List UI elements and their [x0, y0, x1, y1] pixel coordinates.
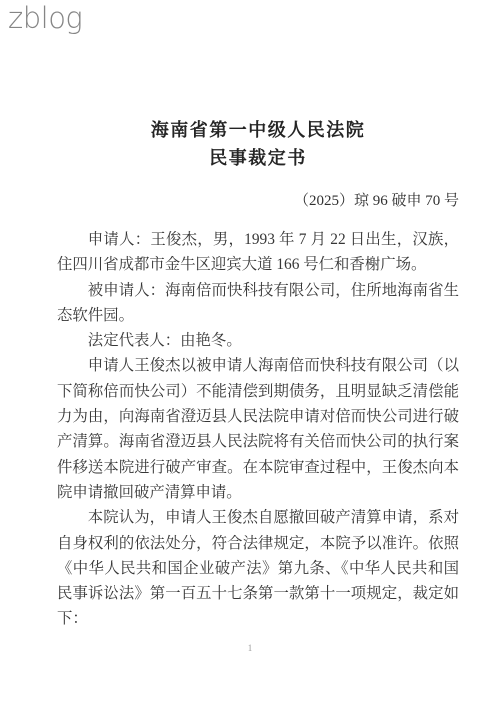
site-header: zblog [8, 3, 82, 35]
paragraph-applicant: 申请人：王俊杰，男，1993 年 7 月 22 日出生，汉族，住四川省成都市金牛… [57, 227, 459, 278]
document-body: 申请人：王俊杰，男，1993 年 7 月 22 日出生，汉族，住四川省成都市金牛… [57, 227, 459, 632]
paragraph-court-opinion: 本院认为，申请人王俊杰自愿撤回破产清算申请，系对自身权利的依法处分，符合法律规定… [57, 505, 459, 631]
page-number: 1 [0, 643, 500, 653]
page: { "site": { "logo_text": "zblog" }, "doc… [0, 0, 500, 707]
page-footer: 1 [0, 643, 500, 653]
document-type-title: 民事裁定书 [57, 144, 459, 172]
paragraph-case-background: 申请人王俊杰以被申请人海南倍而快科技有限公司（以下简称倍而快公司）不能清偿到期债… [57, 353, 459, 505]
paragraph-legal-representative: 法定代表人：由艳冬。 [57, 328, 459, 353]
paragraph-respondent: 被申请人：海南倍而快科技有限公司，住所地海南省生态软件园。 [57, 278, 459, 329]
document-court-name: 海南省第一中级人民法院 [57, 116, 459, 144]
case-number: （2025）琼 96 破申 70 号 [57, 189, 459, 214]
site-logo[interactable]: zblog [8, 3, 82, 35]
court-document: 海南省第一中级人民法院 民事裁定书 （2025）琼 96 破申 70 号 申请人… [57, 116, 459, 632]
